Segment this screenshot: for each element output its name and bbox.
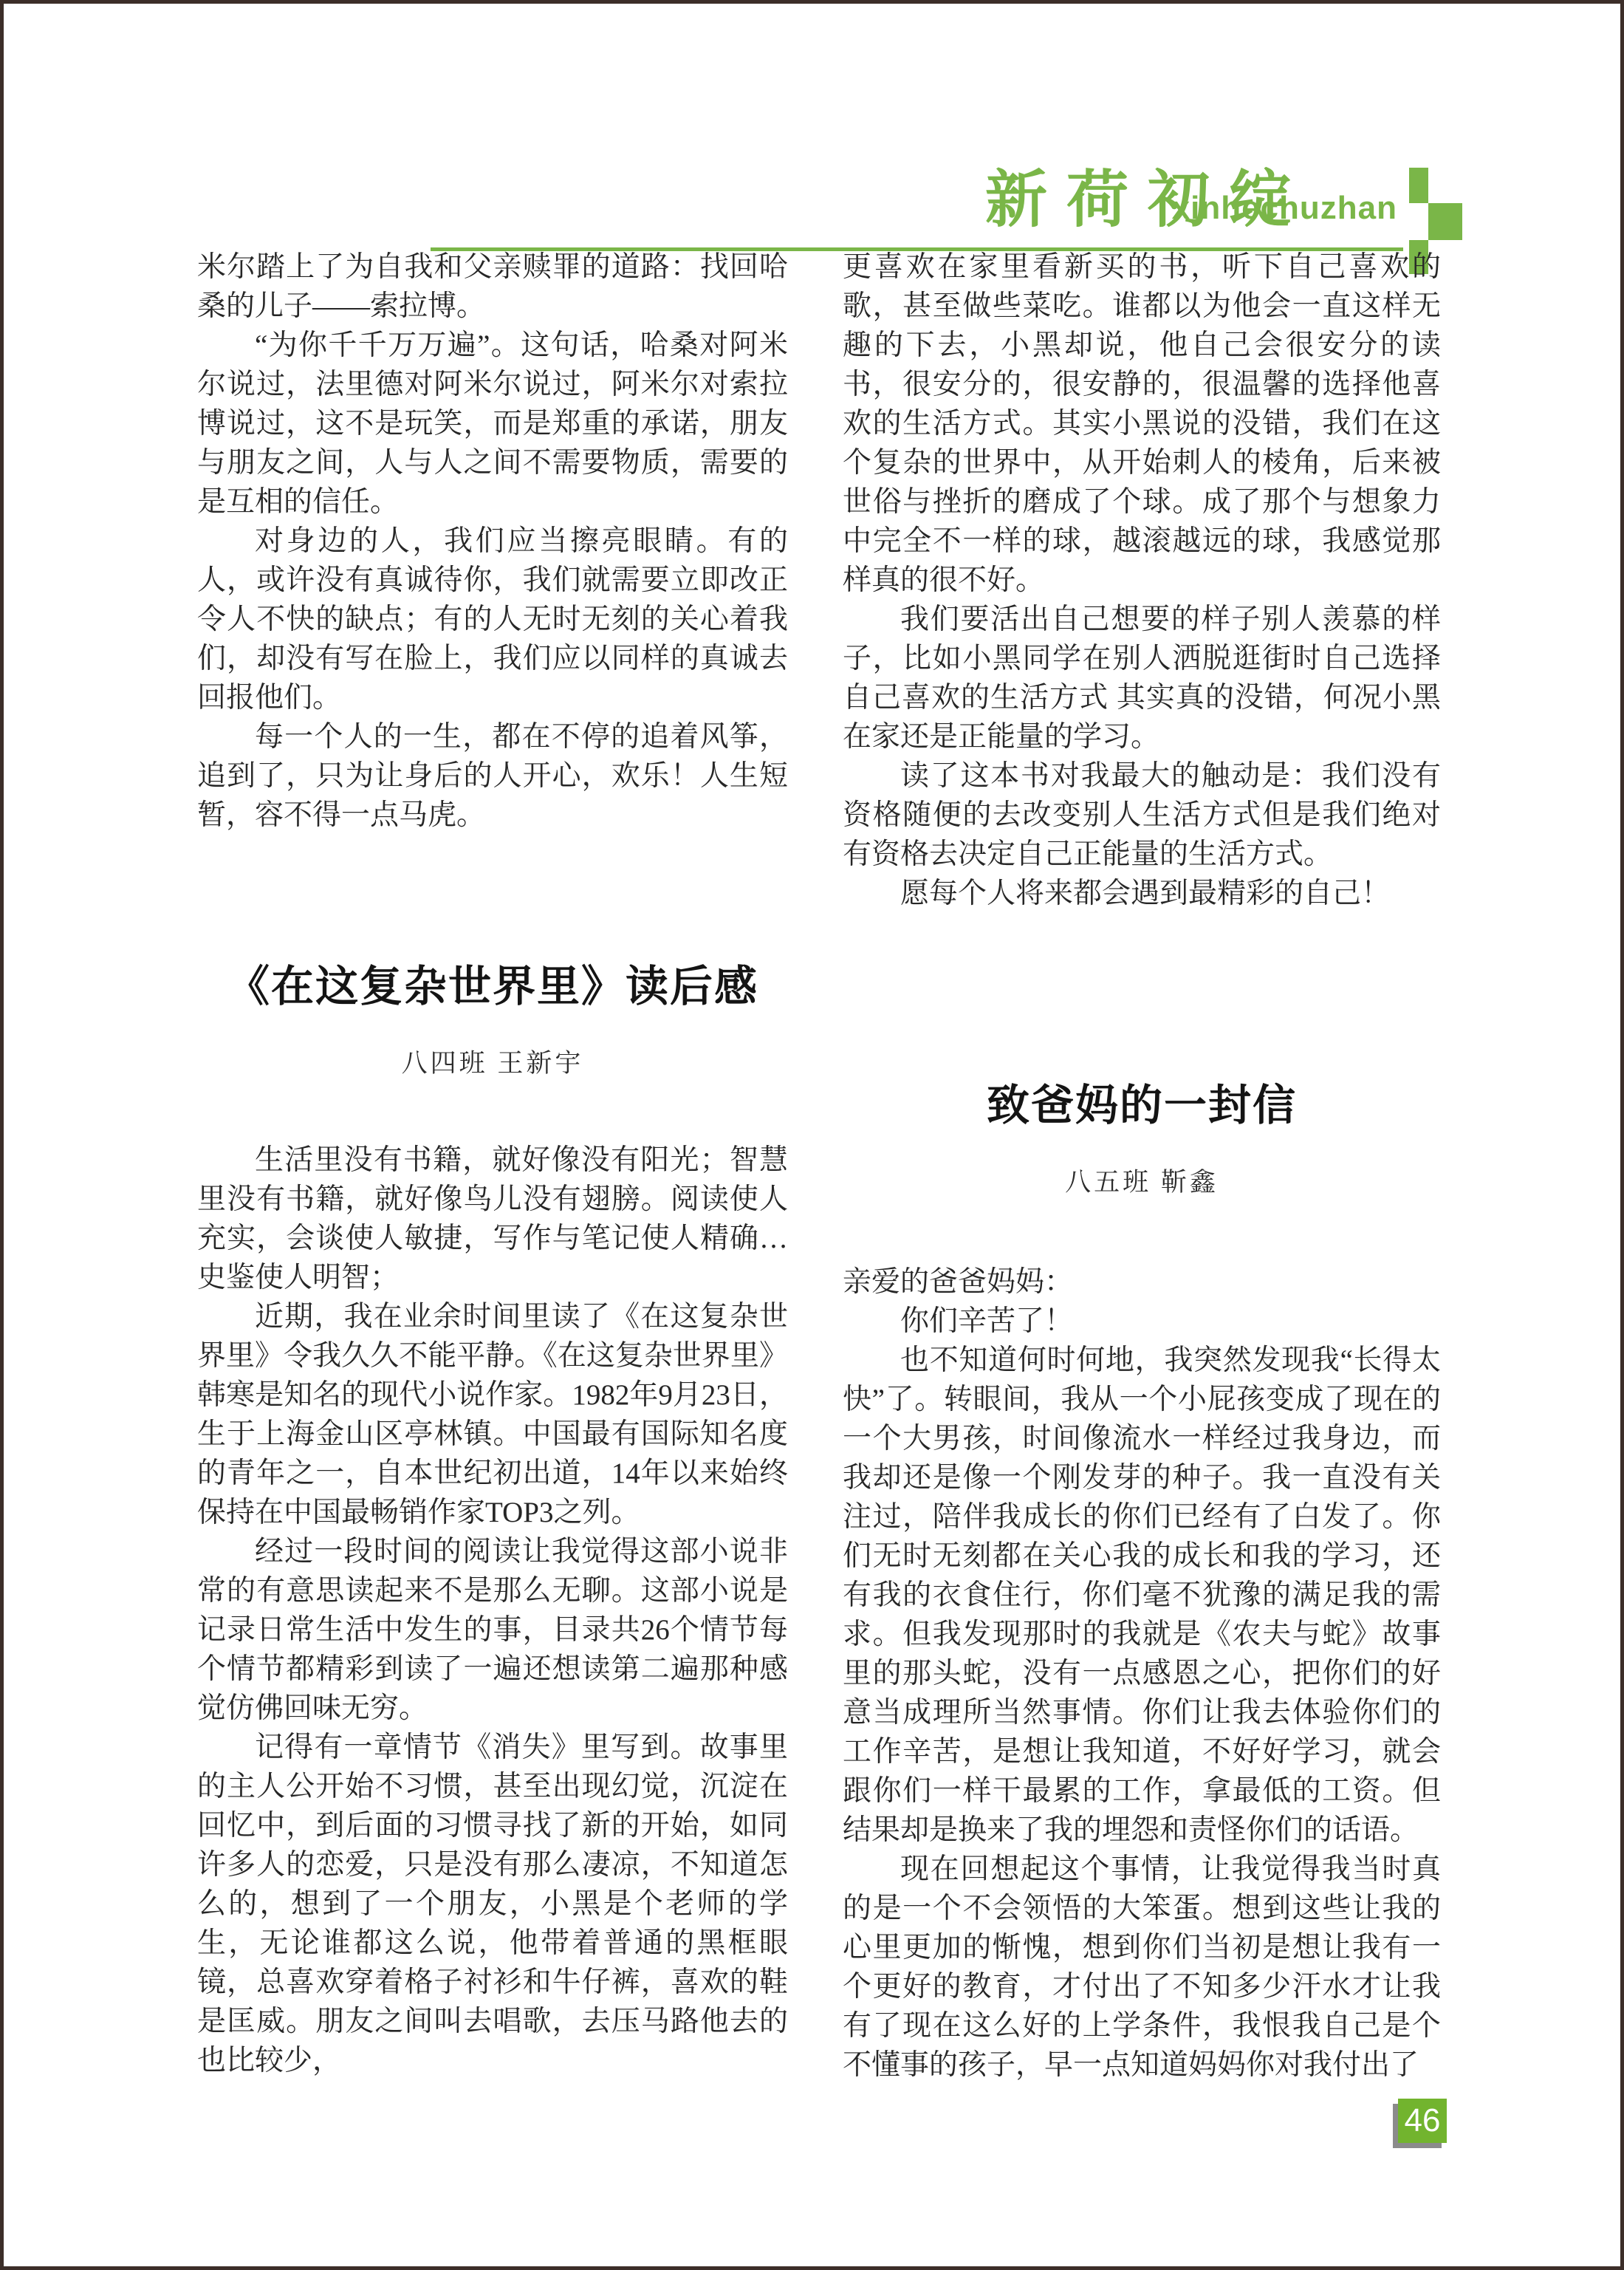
pixel-square-icon: [1428, 203, 1462, 240]
article-author: 八五班 靳鑫: [843, 1163, 1441, 1202]
paragraph: 米尔踏上了为自我和父亲赎罪的道路：找回哈桑的儿子——索拉博。: [197, 247, 788, 326]
article-header: 《在这复杂世界里》读后感 八四班 王新宇: [197, 960, 788, 1083]
paragraph: 每一个人的一生，都在不停的追着风筝，追到了，只为让身后的人开心，欢乐！人生短暂，…: [197, 717, 788, 835]
paragraph: 愿每个人将来都会遇到最精彩的自己！: [843, 874, 1441, 913]
paragraph: 也不知道何时何地，我突然发现我“长得太快”了。转眼间，我从一个小屁孩变成了现在的…: [843, 1341, 1441, 1850]
paragraph: 读了这本书对我最大的触动是：我们没有资格随便的去改变别人生活方式但是我们绝对有资…: [843, 756, 1441, 874]
right-column: 更喜欢在家里看新买的书，听下自己喜欢的歌，甚至做些菜吃。谁都以为他会一直这样无趣…: [843, 247, 1441, 2085]
paragraph: “为你千千万万遍”。这句话，哈桑对阿米尔说过，法里德对阿米尔说过，阿米尔对索拉博…: [197, 326, 788, 522]
article-continuation-text: 米尔踏上了为自我和父亲赎罪的道路：找回哈桑的儿子——索拉博。“为你千千万万遍”。…: [197, 247, 788, 835]
magazine-title-pinyin: xinhechuzhan: [1172, 190, 1397, 227]
paragraph: 生活里没有书籍，就好像没有阳光；智慧里没有书籍，就好像鸟儿没有翅膀。阅读使人充实…: [197, 1141, 788, 1297]
article-continuation-text: 更喜欢在家里看新买的书，听下自己喜欢的歌，甚至做些菜吃。谁都以为他会一直这样无趣…: [843, 247, 1441, 913]
article-body-text: 亲爱的爸爸妈妈：你们辛苦了！也不知道何时何地，我突然发现我“长得太快”了。转眼间…: [843, 1262, 1441, 2085]
paragraph: 近期，我在业余时间里读了《在这复杂世界里》令我久久不能平静。《在这复杂世界里》韩…: [197, 1297, 788, 1532]
page-number: 46: [1405, 2102, 1441, 2139]
page-number-badge: 46: [1398, 2099, 1447, 2143]
left-column: 米尔踏上了为自我和父亲赎罪的道路：找回哈桑的儿子——索拉博。“为你千千万万遍”。…: [197, 247, 788, 2080]
pixel-square-icon: [1409, 168, 1428, 203]
article-title: 《在这复杂世界里》读后感: [197, 960, 788, 1014]
paragraph: 记得有一章情节《消失》里写到。故事里的主人公开始不习惯，甚至出现幻觉，沉淀在回忆…: [197, 1728, 788, 2080]
magazine-page: 新荷初绽 xinhechuzhan 米尔踏上了为自我和父亲赎罪的道路：找回哈桑的…: [0, 0, 1624, 2270]
article-author: 八四班 王新宇: [197, 1044, 788, 1083]
paragraph: 现在回想起这个事情，让我觉得我当时真的是一个不会领悟的大笨蛋。想到这些让我的心里…: [843, 1850, 1441, 2085]
paragraph: 更喜欢在家里看新买的书，听下自己喜欢的歌，甚至做些菜吃。谁都以为他会一直这样无趣…: [843, 247, 1441, 600]
article-body-text: 生活里没有书籍，就好像没有阳光；智慧里没有书籍，就好像鸟儿没有翅膀。阅读使人充实…: [197, 1141, 788, 2080]
paragraph: 亲爱的爸爸妈妈：: [843, 1262, 1441, 1302]
paragraph: 对身边的人，我们应当擦亮眼睛。有的人，或许没有真诚待你，我们就需要立即改正令人不…: [197, 522, 788, 717]
paragraph: 经过一段时间的阅读让我觉得这部小说非常的有意思读起来不是那么无聊。这部小说是记录…: [197, 1532, 788, 1728]
paragraph: 你们辛苦了！: [843, 1302, 1441, 1341]
paragraph: 我们要活出自己想要的样子别人羡慕的样子，比如小黑同学在别人洒脱逛街时自己选择自己…: [843, 600, 1441, 756]
article-title: 致爸妈的一封信: [843, 1079, 1441, 1133]
article-header: 致爸妈的一封信 八五班 靳鑫: [843, 1079, 1441, 1202]
